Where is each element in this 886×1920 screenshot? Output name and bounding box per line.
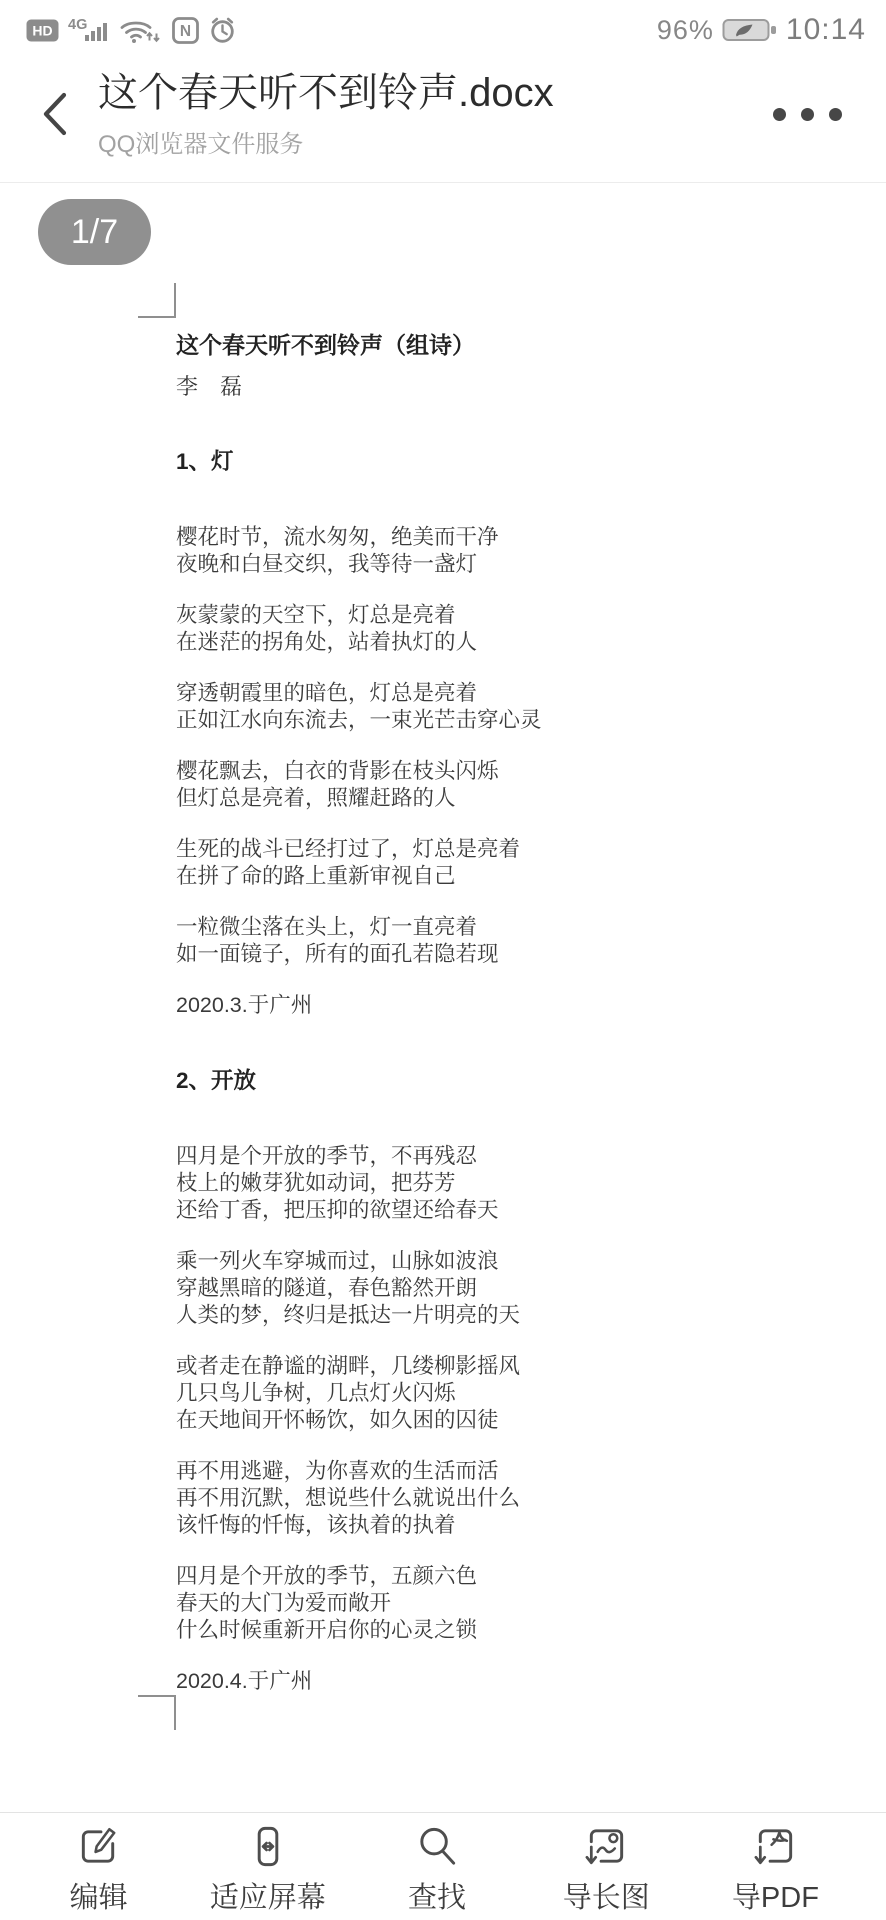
menu-dot-icon: [773, 108, 786, 121]
poem-stanza: 乘一列火车穿城而过，山脉如波浪穿越黑暗的隧道，春色豁然开朗人类的梦，终归是抵达一…: [176, 1248, 846, 1329]
nfc-icon: N: [172, 17, 199, 44]
status-bar: HD 4G N: [0, 0, 886, 54]
title-block: 这个春天听不到铃声.docx QQ浏览器文件服务: [98, 69, 554, 159]
hd-voice-icon: HD: [26, 18, 59, 43]
poem-stanza: 四月是个开放的季节，不再残忍枝上的嫩芽犹如动词，把芬芳还给丁香，把压抑的欲望还给…: [176, 1143, 846, 1224]
poem-stanza: 四月是个开放的季节，五颜六色春天的大门为爱而敞开什么时候重新开启你的心灵之锁: [176, 1563, 846, 1644]
alarm-clock-icon: [208, 16, 237, 44]
status-right: 96% 10:14: [657, 13, 866, 47]
wifi-icon: [119, 17, 163, 44]
export-pdf-label: 导PDF: [732, 1875, 819, 1916]
export-long-image-button[interactable]: 导长图: [522, 1823, 691, 1916]
poem-line: 四月是个开放的季节，不再残忍: [176, 1143, 846, 1170]
poem-line: 人类的梦，终归是抵达一片明亮的天: [176, 1302, 846, 1329]
document-body: 1、灯樱花时节，流水匆匆，绝美而干净夜晚和白昼交织，我等待一盏灯灰蒙蒙的天空下，…: [176, 448, 846, 1695]
fit-screen-button[interactable]: 适应屏幕: [183, 1823, 352, 1916]
poem-line: 一粒微尘落在头上，灯一直亮着: [176, 914, 846, 941]
cellular-4g-signal-icon: 4G: [68, 16, 110, 44]
poem-line: 几只鸟儿争树，几点灯火闪烁: [176, 1380, 846, 1407]
find-label: 查找: [408, 1875, 466, 1916]
export-long-image-label: 导长图: [563, 1875, 650, 1916]
poem-line: 再不用沉默，想说些什么就说出什么: [176, 1485, 846, 1512]
poem-date: 2020.3.于广州: [176, 992, 846, 1019]
svg-text:N: N: [180, 23, 191, 40]
poem-stanza: 穿透朝霞里的暗色，灯总是亮着正如江水向东流去，一束光芒击穿心灵: [176, 680, 846, 734]
section-heading: 2、开放: [176, 1067, 846, 1095]
document-page: 这个春天听不到铃声（组诗） 李 磊 1、灯樱花时节，流水匆匆，绝美而干净夜晚和白…: [0, 183, 886, 1730]
app-screen: HD 4G N: [0, 0, 886, 1920]
poem-collection-title: 这个春天听不到铃声（组诗）: [176, 332, 846, 358]
file-title: 这个春天听不到铃声.docx: [98, 69, 554, 117]
clock-time: 10:14: [786, 13, 866, 47]
poem-line: 穿越黑暗的隧道，春色豁然开朗: [176, 1275, 846, 1302]
text-boundary-mark-top: [138, 283, 176, 318]
poem-line: 但灯总是亮着，照耀赶路的人: [176, 785, 846, 812]
poem-line: 在天地间开怀畅饮，如久困的囚徒: [176, 1407, 846, 1434]
poem-line: 樱花时节，流水匆匆，绝美而干净: [176, 524, 846, 551]
poem-stanza: 樱花飘去，白衣的背影在枝头闪烁但灯总是亮着，照耀赶路的人: [176, 758, 846, 812]
poem-line: 该忏悔的忏悔，该执着的执着: [176, 1512, 846, 1539]
poem-line: 灰蒙蒙的天空下，灯总是亮着: [176, 602, 846, 629]
export-pdf-button[interactable]: 导PDF: [691, 1823, 860, 1916]
battery-percent: 96%: [657, 15, 714, 46]
poem-stanza: 生死的战斗已经打过了，灯总是亮着在拼了命的路上重新审视自己: [176, 836, 846, 890]
poem-line: 在迷茫的拐角处，站着执灯的人: [176, 629, 846, 656]
menu-dot-icon: [829, 108, 842, 121]
document-viewport[interactable]: 1/7 这个春天听不到铃声（组诗） 李 磊 1、灯樱花时节，流水匆匆，绝美而干净…: [0, 183, 886, 1812]
back-chevron-icon: [40, 91, 68, 137]
bottom-toolbar: 编辑 适应屏幕 查找 导长图: [0, 1812, 886, 1920]
poem-line: 生死的战斗已经打过了，灯总是亮着: [176, 836, 846, 863]
text-boundary-mark-bottom: [138, 1695, 176, 1730]
fit-screen-icon: [244, 1823, 292, 1870]
poem-stanza: 灰蒙蒙的天空下，灯总是亮着在迷茫的拐角处，站着执灯的人: [176, 602, 846, 656]
find-button[interactable]: 查找: [352, 1823, 521, 1916]
more-menu-button[interactable]: [753, 88, 886, 141]
back-button[interactable]: [40, 84, 86, 144]
poem-line: 四月是个开放的季节，五颜六色: [176, 1563, 846, 1590]
edit-icon: [75, 1823, 123, 1870]
poem-line: 春天的大门为爱而敞开: [176, 1590, 846, 1617]
poem-stanza: 一粒微尘落在头上，灯一直亮着如一面镜子，所有的面孔若隐若现: [176, 914, 846, 968]
poem-line: 在拼了命的路上重新审视自己: [176, 863, 846, 890]
battery-power-saving-icon: [722, 16, 778, 44]
poem-line: 还给丁香，把压抑的欲望还给春天: [176, 1197, 846, 1224]
poem-stanza: 或者走在静谧的湖畔，几缕柳影摇风几只鸟儿争树，几点灯火闪烁在天地间开怀畅饮，如久…: [176, 1353, 846, 1434]
poem-date: 2020.4.于广州: [176, 1668, 846, 1695]
poem-line: 如一面镜子，所有的面孔若隐若现: [176, 941, 846, 968]
document-header: 这个春天听不到铃声.docx QQ浏览器文件服务: [0, 54, 886, 183]
poem-line: 再不用逃避，为你喜欢的生活而活: [176, 1458, 846, 1485]
poem-line: 穿透朝霞里的暗色，灯总是亮着: [176, 680, 846, 707]
search-icon: [413, 1823, 461, 1870]
svg-text:HD: HD: [32, 22, 52, 38]
export-pdf-icon: [751, 1823, 799, 1870]
poem-line: 乘一列火车穿城而过，山脉如波浪: [176, 1248, 846, 1275]
poem-line: 或者走在静谧的湖畔，几缕柳影摇风: [176, 1353, 846, 1380]
poem-stanza: 再不用逃避，为你喜欢的生活而活再不用沉默，想说些什么就说出什么该忏悔的忏悔，该执…: [176, 1458, 846, 1539]
page-indicator-badge: 1/7: [38, 199, 151, 265]
poem-line: 正如江水向东流去，一束光芒击穿心灵: [176, 707, 846, 734]
file-source-subtitle: QQ浏览器文件服务: [98, 124, 554, 159]
export-long-image-icon: [582, 1823, 630, 1870]
poem-line: 樱花飘去，白衣的背影在枝头闪烁: [176, 758, 846, 785]
poem-author: 李 磊: [176, 374, 846, 400]
poem-line: 什么时候重新开启你的心灵之锁: [176, 1617, 846, 1644]
status-icons-left: HD 4G N: [26, 16, 237, 44]
poem-line: 夜晚和白昼交织，我等待一盏灯: [176, 551, 846, 578]
section-heading: 1、灯: [176, 448, 846, 476]
svg-text:4G: 4G: [68, 17, 87, 33]
poem-line: 枝上的嫩芽犹如动词，把芬芳: [176, 1170, 846, 1197]
menu-dot-icon: [801, 108, 814, 121]
poem-stanza: 樱花时节，流水匆匆，绝美而干净夜晚和白昼交织，我等待一盏灯: [176, 524, 846, 578]
fit-screen-label: 适应屏幕: [210, 1875, 326, 1916]
edit-button[interactable]: 编辑: [14, 1823, 183, 1916]
edit-label: 编辑: [70, 1875, 128, 1916]
